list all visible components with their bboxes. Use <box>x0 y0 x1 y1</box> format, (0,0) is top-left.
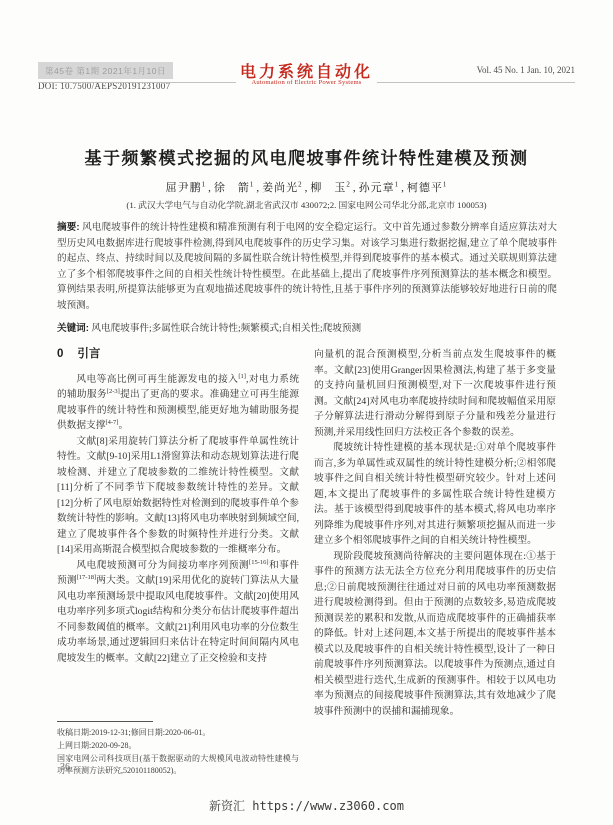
author-line: 屈尹鹏1,徐 箭1,姜尚光2,柳 玉2,孙元章1,柯德平1 <box>0 179 613 195</box>
author-separator: , <box>305 182 309 194</box>
column-right-paragraphs: 向量机的混合预测模型,分析当前点发生爬坡事件的概率。文献[23]使用Grange… <box>314 347 556 719</box>
column-left: 0引言 风电等高比例可再生能源发电的接入[1],对电力系统的辅助服务[2-3]提… <box>57 347 299 666</box>
author: 柯德平1 <box>407 182 448 194</box>
page-number: 36 <box>60 762 70 773</box>
article-title: 基于频繁模式挖掘的风电爬坡事件统计特性建模及预测 <box>0 144 613 169</box>
body-paragraph: 风电爬坡预测可分为间接功率序列预测[15-16]和事件预测[17-18]两大类。… <box>57 558 299 667</box>
body-paragraph: 现阶段爬坡预测尚待解决的主要问题体现在:①基于事件的预测方法无法全方位充分利用爬… <box>314 549 556 720</box>
author-separator: , <box>353 182 357 194</box>
footnote-line: 上网日期:2020-09-28。 <box>57 740 299 753</box>
author: 孙元章1 <box>359 182 400 194</box>
header-rule-right <box>377 82 575 83</box>
author: 姜尚光2 <box>262 182 303 194</box>
section-heading: 0引言 <box>57 347 299 363</box>
body-paragraph: 爬坡统计特性建模的基本现状是:①对单个爬坡事件而言,多为单属性或双属性的统计特性… <box>314 440 556 549</box>
footnote: 收稿日期:2019-12-31;修回日期:2020-06-01。上网日期:202… <box>57 727 299 778</box>
footnote-line: 收稿日期:2019-12-31;修回日期:2020-06-01。 <box>57 727 299 740</box>
keywords-line: 关键词: 风电爬坡事件;多属性联合统计特性;频繁模式;自相关性;爬坡预测 <box>57 321 557 337</box>
watermark: 新资汇 https://www.z3060.com <box>0 797 613 814</box>
section-title: 引言 <box>77 348 100 360</box>
footnote-line: 国家电网公司科技项目(基于数据驱动的大规模风电波动特性建模与功率预测方法研究,5… <box>57 753 299 779</box>
author-separator: , <box>208 182 212 194</box>
abstract-label: 摘要: <box>57 222 80 233</box>
author-separator: , <box>256 182 260 194</box>
abstract-paragraph: 摘要: 风电爬坡事件的统计特性建模和精准预测有利于电网的安全稳定运行。文中首先通… <box>57 220 557 314</box>
abstract-text: 风电爬坡事件的统计特性建模和精准预测有利于电网的安全稳定运行。文中首先通过参数分… <box>57 222 557 311</box>
issue-info-en: Vol. 45 No. 1 Jan. 10, 2021 <box>477 65 575 75</box>
column-right: 向量机的混合预测模型,分析当前点发生爬坡事件的概率。文献[23]使用Grange… <box>314 347 556 719</box>
column-left-paragraphs: 风电等高比例可再生能源发电的接入[1],对电力系统的辅助服务[2-3]提出了更高… <box>57 372 299 667</box>
author-separator: , <box>401 182 405 194</box>
keywords-label: 关键词: <box>57 323 89 334</box>
journal-page: 第45卷 第1期 2021年1月10日 DOI: 10.7500/AEPS201… <box>0 0 613 825</box>
affiliation: (1. 武汉大学电气与自动化学院,湖北省武汉市 430072;2. 国家电网公司… <box>0 198 613 211</box>
header-rule-left <box>38 82 236 83</box>
footnote-divider <box>57 721 153 722</box>
section-number: 0 <box>57 348 63 360</box>
body-paragraph: 向量机的混合预测模型,分析当前点发生爬坡事件的概率。文献[23]使用Grange… <box>314 347 556 440</box>
keywords-text: 风电爬坡事件;多属性联合统计特性;频繁模式;自相关性;爬坡预测 <box>91 323 361 334</box>
body-paragraph: 风电等高比例可再生能源发电的接入[1],对电力系统的辅助服务[2-3]提出了更高… <box>57 372 299 434</box>
body-paragraph: 文献[8]采用旋转门算法分析了爬坡事件单属性统计特性。文献[9-10]采用L1滑… <box>57 434 299 558</box>
author: 柳 玉2 <box>310 182 351 194</box>
author: 屈尹鹏1 <box>166 182 207 194</box>
abstract-block: 摘要: 风电爬坡事件的统计特性建模和精准预测有利于电网的安全稳定运行。文中首先通… <box>57 220 557 336</box>
author: 徐 箭1 <box>214 182 255 194</box>
